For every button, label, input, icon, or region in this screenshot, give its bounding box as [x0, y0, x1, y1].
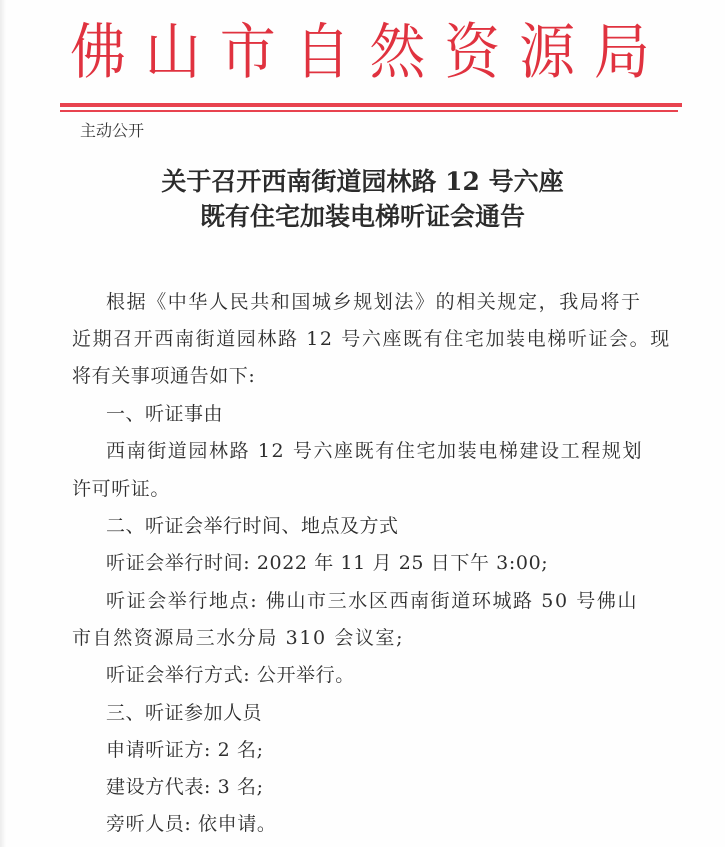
- letterhead-char: 自: [295, 18, 351, 87]
- letterhead-char: 市: [220, 18, 276, 87]
- letterhead-rule-thick: [60, 103, 682, 107]
- section-line: 听证会举行地点: 佛山市三水区西南街道环城路 50 号佛山: [106, 589, 638, 613]
- letterhead-char: 源: [519, 18, 575, 87]
- section-line: 许可听证。: [72, 477, 170, 501]
- letterhead-char: 局: [594, 18, 650, 87]
- intro-line: 将有关事项通告如下:: [72, 364, 255, 388]
- letterhead-char: 山: [145, 18, 201, 87]
- document-page: 佛 山 市 自 然 资 源 局 主动公开 关于召开西南街道园林路 12 号六座 …: [0, 0, 725, 847]
- section-line: 听证会举行方式: 公开举行。: [106, 663, 355, 687]
- section-line: 西南街道园林路 12 号六座既有住宅加装电梯建设工程规划: [106, 439, 643, 463]
- organization-letterhead: 佛 山 市 自 然 资 源 局: [70, 18, 650, 88]
- document-title-line-2: 既有住宅加装电梯听证会通告: [0, 201, 725, 233]
- letterhead-rule-thin: [60, 110, 678, 112]
- disclosure-label: 主动公开: [80, 121, 144, 141]
- section-line: 申请听证方: 2 名;: [106, 738, 264, 762]
- section-heading: 三、听证参加人员: [106, 701, 262, 725]
- intro-line: 根据《中华人民共和国城乡规划法》的相关规定，我局将于: [106, 290, 642, 314]
- page-edge-shadow: [0, 0, 6, 847]
- document-title-line-1: 关于召开西南街道园林路 12 号六座: [0, 166, 725, 198]
- section-line: 旁听人员: 依申请。: [106, 812, 276, 836]
- section-line: 建设方代表: 3 名;: [106, 775, 264, 799]
- section-heading: 二、听证会举行时间、地点及方式: [106, 514, 399, 538]
- letterhead-char: 资: [444, 18, 500, 87]
- intro-line: 近期召开西南街道园林路 12 号六座既有住宅加装电梯听证会。现: [72, 327, 671, 351]
- section-line: 听证会举行时间: 2022 年 11 月 25 日下午 3:00;: [106, 551, 548, 575]
- letterhead-char: 然: [369, 18, 425, 87]
- section-heading: 一、听证事由: [106, 402, 223, 426]
- letterhead-char: 佛: [70, 18, 126, 87]
- section-line: 市自然资源局三水分局 310 会议室;: [72, 626, 404, 650]
